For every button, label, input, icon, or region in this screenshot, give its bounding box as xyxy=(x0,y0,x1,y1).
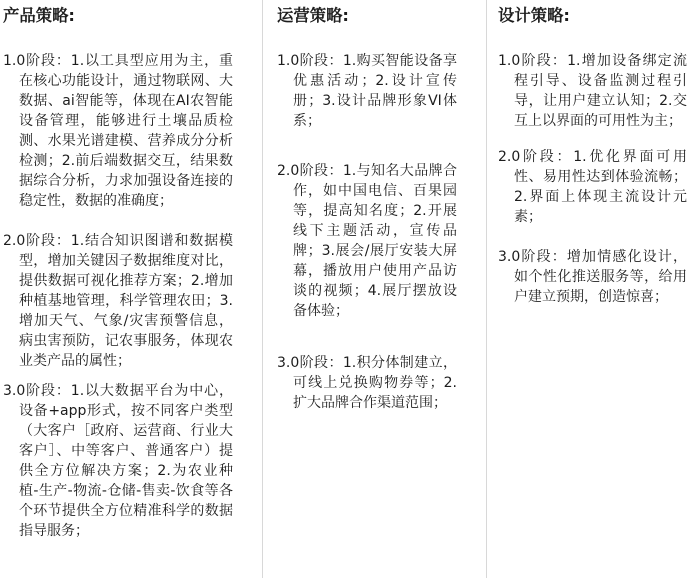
design-stage-2-paragraph: 2.0阶段：1.优化界面可用性、易用性达到体验流畅；2.界面上体现主流设计元素； xyxy=(498,147,687,227)
operations-stage-2-paragraph: 2.0阶段：1.与知名大品牌合作，如中国电信、百果园等，提高知名度；2.开展线下… xyxy=(277,161,457,321)
operations-stage-3-paragraph: 3.0阶段：1.积分体制建立，可线上兑换购物券等；2.扩大品牌合作渠道范围； xyxy=(277,353,457,413)
design-stage-1-paragraph: 1.0阶段：1.增加设备绑定流程引导、设备监测过程引导，让用户建立认知；2.交互… xyxy=(498,51,687,131)
product-stage-2-paragraph: 2.0阶段：1.结合知识图谱和数据模型，增加关键因子数据维度对比，提供数据可视化… xyxy=(3,231,233,371)
column-title-operations: 运营策略: xyxy=(277,6,457,26)
operations-stage-1-paragraph: 1.0阶段：1.购买智能设备享优惠活动；2.设计宣传册；3.设计品牌形象VI体系… xyxy=(277,51,457,131)
column-design-strategy: 设计策略: 1.0阶段：1.增加设备绑定流程引导、设备监测过程引导，让用户建立认… xyxy=(498,6,687,307)
column-title-design: 设计策略: xyxy=(498,6,687,26)
column-product-strategy: 产品策略: 1.0阶段：1.以工具型应用为主，重在核心功能设计，通过物联网、大数… xyxy=(3,6,233,541)
strategy-document: 产品策略: 1.0阶段：1.以工具型应用为主，重在核心功能设计，通过物联网、大数… xyxy=(0,0,690,578)
column-divider-left xyxy=(262,0,263,578)
design-stage-3-paragraph: 3.0阶段：增加情感化设计，如个性化推送服务等，给用户建立预期，创造惊喜； xyxy=(498,247,687,307)
product-stage-3-paragraph: 3.0阶段：1.以大数据平台为中心，设备+app形式，按不同客户类型（大客户［政… xyxy=(3,381,233,541)
product-stage-1-paragraph: 1.0阶段：1.以工具型应用为主，重在核心功能设计，通过物联网、大数据、ai智能… xyxy=(3,51,233,211)
column-divider-right xyxy=(486,0,487,578)
column-operations-strategy: 运营策略: 1.0阶段：1.购买智能设备享优惠活动；2.设计宣传册；3.设计品牌… xyxy=(277,6,457,413)
column-title-product: 产品策略: xyxy=(3,6,233,26)
